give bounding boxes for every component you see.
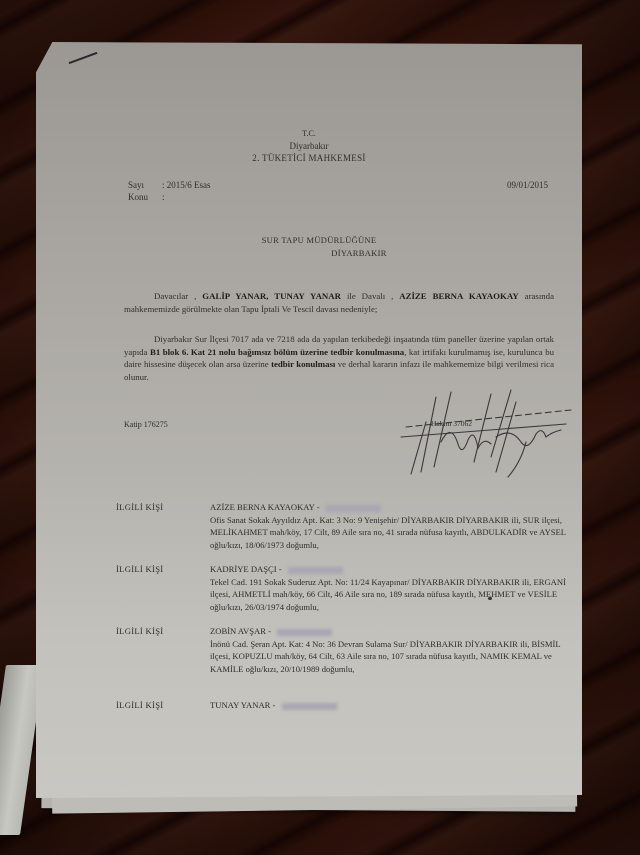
related-person-name: KADRİYE DAŞÇI - bbox=[210, 564, 284, 574]
redacted-id-number bbox=[277, 629, 332, 636]
related-person-address: Tekel Cad. 191 Sokak Suderuz Apt. No: 11… bbox=[210, 577, 566, 612]
related-person-4: İLGİLİ KİŞİ TUNAY YANAR - bbox=[116, 699, 566, 712]
header-tc: T.C. bbox=[36, 128, 582, 140]
judge-signature-scribble bbox=[396, 382, 576, 482]
sayi-line: Sayı: 2015/6 Esas bbox=[128, 179, 548, 191]
order-bold-1: B1 blok 6. Kat 21 nolu bağımsız bölüm üz… bbox=[150, 347, 404, 357]
plaintiffs-label: Davacılar , bbox=[154, 291, 202, 301]
addressee-city: DİYARBAKIR bbox=[36, 247, 582, 259]
related-person-3: İLGİLİ KİŞİ ZOBİN AVŞAR - İnönü Cad. Şer… bbox=[116, 625, 566, 675]
letter-date: 09/01/2015 bbox=[507, 179, 548, 191]
order-bold-2: tedbir konulması bbox=[271, 359, 335, 369]
sayi-value: : 2015/6 Esas bbox=[162, 180, 211, 190]
related-person-label: İLGİLİ KİŞİ bbox=[116, 625, 186, 638]
related-person-name: ZOBİN AVŞAR - bbox=[210, 626, 273, 636]
header-court: 2. TÜKETİCİ MAHKEMESİ bbox=[36, 152, 582, 164]
redacted-id-number bbox=[326, 505, 381, 512]
konu-value: : bbox=[162, 192, 165, 202]
related-person-name: TUNAY YANAR - bbox=[210, 700, 278, 710]
related-person-address: Ofis Sanat Sokak Ayyıldız Apt. Kat: 3 No… bbox=[210, 515, 566, 550]
konu-label: Konu bbox=[128, 191, 162, 203]
defendant-name: AZİZE BERNA KAYAOKAY bbox=[399, 291, 518, 301]
redacted-id-number bbox=[288, 567, 343, 574]
plaintiffs-names: GALİP YANAR, TUNAY YANAR bbox=[202, 291, 341, 301]
paragraph-order: Diyarbakır Sur İlçesi 7017 ada ve 7218 a… bbox=[124, 333, 554, 383]
clerk-signature-label: Katip 176275 bbox=[124, 419, 168, 431]
reference-block: Sayı: 2015/6 Esas Konu: 09/01/2015 bbox=[128, 179, 548, 203]
related-person-name: AZİZE BERNA KAYAOKAY - bbox=[210, 502, 322, 512]
defendant-label: ile Davalı , bbox=[341, 291, 399, 301]
redacted-id-number bbox=[282, 703, 337, 710]
addressee-office: SUR TAPU MÜDÜRLÜĞÜNE bbox=[36, 234, 582, 246]
related-person-address: İnönü Cad. Şeran Apt. Kat: 4 No: 36 Devr… bbox=[210, 639, 560, 674]
header-city: Diyarbakır bbox=[36, 140, 582, 152]
sayi-label: Sayı bbox=[128, 179, 162, 191]
court-letter: T.C. Diyarbakır 2. TÜKETİCİ MAHKEMESİ Sa… bbox=[36, 42, 582, 798]
related-person-1: İLGİLİ KİŞİ AZİZE BERNA KAYAOKAY - Ofis … bbox=[116, 501, 566, 551]
ink-dot bbox=[488, 597, 492, 600]
related-person-label: İLGİLİ KİŞİ bbox=[116, 699, 186, 712]
related-person-label: İLGİLİ KİŞİ bbox=[116, 501, 186, 514]
konu-line: Konu: bbox=[128, 191, 548, 203]
related-person-label: İLGİLİ KİŞİ bbox=[116, 563, 186, 576]
related-person-2: İLGİLİ KİŞİ KADRİYE DAŞÇI - Tekel Cad. 1… bbox=[116, 563, 566, 613]
paragraph-case: Davacılar , GALİP YANAR, TUNAY YANAR ile… bbox=[124, 290, 554, 315]
